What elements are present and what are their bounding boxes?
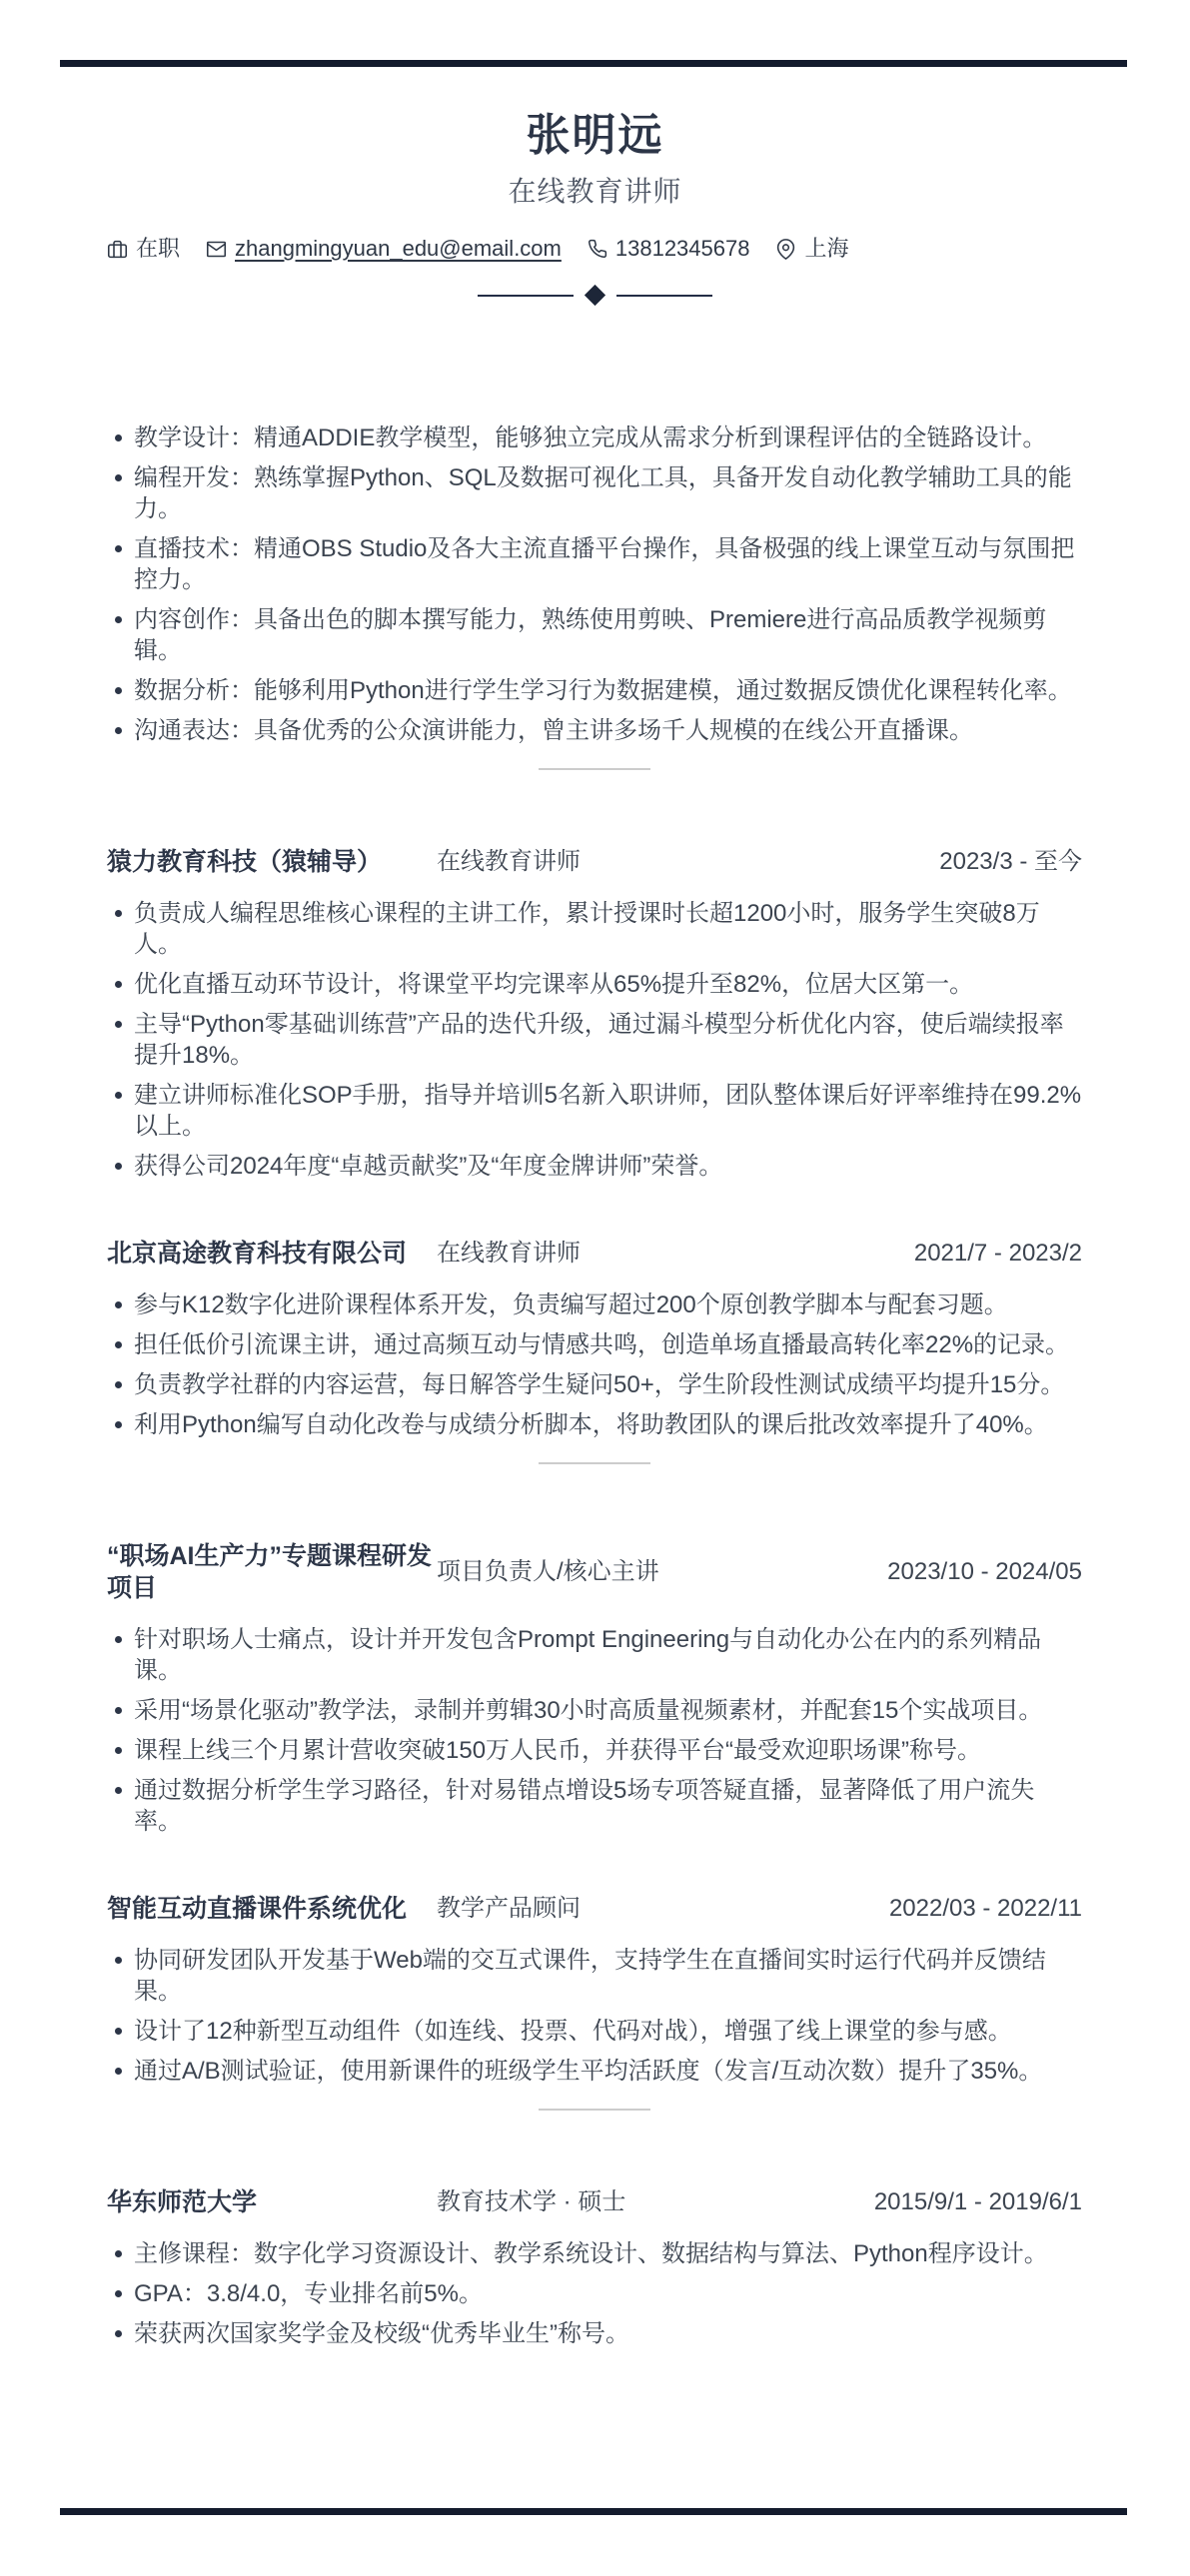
school-name: 华东师范大学 — [107, 2186, 437, 2218]
bullet-item: 负责教学社群的内容运营，每日解答学生疑问50+，学生阶段性测试成绩平均提升15分… — [107, 1369, 1082, 1400]
bullet-text: 建立讲师标准化SOP手册，指导并培训5名新入职讲师，团队整体课后好评率维持在99… — [134, 1080, 1082, 1142]
bullet-dot — [115, 727, 122, 734]
entry-role: 在线教育讲师 — [437, 846, 939, 878]
diamond-icon — [584, 285, 604, 306]
section-divider — [539, 1462, 650, 1464]
entry-bullets: 负责成人编程思维核心课程的主讲工作，累计授课时长超1200小时，服务学生突破8万… — [107, 898, 1082, 1182]
bullet-dot — [115, 616, 122, 623]
entry-period: 2015/9/1 - 2019/6/1 — [874, 2186, 1082, 2218]
project-name: 智能互动直播课件系统优化 — [107, 1893, 437, 1925]
bullet-text: 负责教学社群的内容运营，每日解答学生疑问50+，学生阶段性测试成绩平均提升15分… — [134, 1369, 1064, 1400]
bullet-dot — [115, 1163, 122, 1170]
section-divider — [539, 2109, 650, 2111]
bullet-item: 课程上线三个月累计营收突破150万人民币，并获得平台“最受欢迎职场课”称号。 — [107, 1735, 1082, 1766]
summary-text: 数据分析：能够利用Python进行学生学习行为数据建模，通过数据反馈优化课程转化… — [134, 675, 1072, 706]
bullet-text: 课程上线三个月累计营收突破150万人民币，并获得平台“最受欢迎职场课”称号。 — [134, 1735, 981, 1766]
entry-header: 华东师范大学 教育技术学 · 硕士 2015/9/1 - 2019/6/1 — [107, 2186, 1082, 2218]
bullet-item: 主导“Python零基础训练营”产品的迭代升级，通过漏斗模型分析优化内容，使后端… — [107, 1009, 1082, 1071]
bullet-item: 通过A/B测试验证，使用新课件的班级学生平均活跃度（发言/互动次数）提升了35%… — [107, 2056, 1082, 2087]
bullet-dot — [115, 1021, 122, 1028]
ornament-line-left — [478, 295, 574, 297]
bullet-item: 建立讲师标准化SOP手册，指导并培训5名新入职讲师，团队整体课后好评率维持在99… — [107, 1080, 1082, 1142]
entry-period: 2022/03 - 2022/11 — [889, 1893, 1082, 1925]
degree-label: 教育技术学 · 硕士 — [437, 2186, 874, 2218]
summary-item: 编程开发：熟练掌握Python、SQL及数据可视化工具，具备开发自动化教学辅助工… — [107, 462, 1082, 524]
bullet-dot — [115, 2330, 122, 2337]
bullet-text: 通过A/B测试验证，使用新课件的班级学生平均活跃度（发言/互动次数）提升了35%… — [134, 2056, 1042, 2087]
experience-entry: 猿力教育科技（猿辅导） 在线教育讲师 2023/3 - 至今 负责成人编程思维核… — [107, 846, 1082, 1182]
company-name: 猿力教育科技（猿辅导） — [107, 846, 437, 878]
company-name: 北京高途教育科技有限公司 — [107, 1238, 437, 1270]
bullet-dot — [115, 2068, 122, 2075]
entry-bullets: 协同研发团队开发基于Web端的交互式课件，支持学生在直播间实时运行代码并反馈结果… — [107, 1945, 1082, 2087]
bullet-text: 协同研发团队开发基于Web端的交互式课件，支持学生在直播间实时运行代码并反馈结果… — [134, 1945, 1082, 2007]
bullet-text: 设计了12种新型互动组件（如连线、投票、代码对战），增强了线上课堂的参与感。 — [134, 2016, 1012, 2047]
ornament-divider — [107, 288, 1082, 303]
bullet-dot — [115, 2028, 122, 2035]
bullet-dot — [115, 545, 122, 552]
phone-icon — [588, 239, 607, 259]
bullet-dot — [115, 1341, 122, 1348]
summary-item: 内容创作：具备出色的脚本撰写能力，熟练使用剪映、Premiere进行高品质教学视… — [107, 604, 1082, 666]
education-entry: 华东师范大学 教育技术学 · 硕士 2015/9/1 - 2019/6/1 主修… — [107, 2186, 1082, 2349]
bullet-dot — [115, 2250, 122, 2257]
bullet-text: 针对职场人士痛点，设计并开发包含Prompt Engineering与自动化办公… — [134, 1624, 1082, 1686]
summary-text: 直播技术：精通OBS Studio及各大主流直播平台操作，具备极强的线上课堂互动… — [134, 533, 1082, 595]
ornament-line-right — [616, 295, 712, 297]
bullet-text: GPA：3.8/4.0，专业排名前5%。 — [134, 2278, 483, 2309]
education-section: 华东师范大学 教育技术学 · 硕士 2015/9/1 - 2019/6/1 主修… — [107, 2186, 1082, 2349]
bullet-text: 利用Python编写自动化改卷与成绩分析脚本，将助教团队的课后批改效率提升了40… — [134, 1409, 1048, 1440]
bullet-dot — [115, 981, 122, 988]
bullet-item: 荣获两次国家奖学金及校级“优秀毕业生”称号。 — [107, 2318, 1082, 2349]
summary-item: 教学设计：精通ADDIE教学模型，能够独立完成从需求分析到课程评估的全链路设计。 — [107, 423, 1082, 453]
location-pin-icon — [775, 239, 796, 260]
summary-text: 教学设计：精通ADDIE教学模型，能够独立完成从需求分析到课程评估的全链路设计。 — [134, 423, 1046, 453]
entry-header: 智能互动直播课件系统优化 教学产品顾问 2022/03 - 2022/11 — [107, 1893, 1082, 1925]
entry-bullets: 主修课程：数字化学习资源设计、教学系统设计、数据结构与算法、Python程序设计… — [107, 2238, 1082, 2349]
bullet-text: 担任低价引流课主讲，通过高频互动与情感共鸣，创造单场直播最高转化率22%的记录。 — [134, 1329, 1069, 1360]
bullet-dot — [115, 1747, 122, 1754]
bullet-dot — [115, 910, 122, 917]
entry-header: “职场AI生产力”专题课程研发项目 项目负责人/核心主讲 2023/10 - 2… — [107, 1540, 1082, 1604]
section-divider — [539, 768, 650, 770]
bullet-text: 负责成人编程思维核心课程的主讲工作，累计授课时长超1200小时，服务学生突破8万… — [134, 898, 1082, 960]
bullet-item: 设计了12种新型互动组件（如连线、投票、代码对战），增强了线上课堂的参与感。 — [107, 2016, 1082, 2047]
bottom-accent-bar — [60, 2508, 1127, 2515]
bullet-dot — [115, 1301, 122, 1308]
contact-location: 上海 — [775, 236, 848, 262]
bullet-text: 获得公司2024年度“卓越贡献奖”及“年度金牌讲师”荣誉。 — [134, 1151, 722, 1182]
bullet-text: 荣获两次国家奖学金及校级“优秀毕业生”称号。 — [134, 2318, 629, 2349]
summary-item: 直播技术：精通OBS Studio及各大主流直播平台操作，具备极强的线上课堂互动… — [107, 533, 1082, 595]
bullet-dot — [115, 1957, 122, 1964]
bullet-text: 通过数据分析学生学习路径，针对易错点增设5场专项答疑直播，显著降低了用户流失率。 — [134, 1775, 1082, 1837]
summary-text: 内容创作：具备出色的脚本撰写能力，熟练使用剪映、Premiere进行高品质教学视… — [134, 604, 1082, 666]
entry-role: 在线教育讲师 — [437, 1238, 914, 1270]
bullet-dot — [115, 1092, 122, 1099]
summary-text: 编程开发：熟练掌握Python、SQL及数据可视化工具，具备开发自动化教学辅助工… — [134, 462, 1082, 524]
bullet-item: GPA：3.8/4.0，专业排名前5%。 — [107, 2278, 1082, 2309]
resume-header: 张明远 在线教育讲师 — [0, 0, 1190, 208]
summary-item: 沟通表达：具备优秀的公众演讲能力，曾主讲多场千人规模的在线公开直播课。 — [107, 715, 1082, 746]
bullet-dot — [115, 474, 122, 481]
bullet-dot — [115, 2290, 122, 2297]
bullet-item: 协同研发团队开发基于Web端的交互式课件，支持学生在直播间实时运行代码并反馈结果… — [107, 1945, 1082, 2007]
bullet-item: 针对职场人士痛点，设计并开发包含Prompt Engineering与自动化办公… — [107, 1624, 1082, 1686]
project-entry: 智能互动直播课件系统优化 教学产品顾问 2022/03 - 2022/11 协同… — [107, 1893, 1082, 2087]
project-name: “职场AI生产力”专题课程研发项目 — [107, 1540, 437, 1604]
summary-text: 沟通表达：具备优秀的公众演讲能力，曾主讲多场千人规模的在线公开直播课。 — [134, 715, 973, 746]
bullet-item: 通过数据分析学生学习路径，针对易错点增设5场专项答疑直播，显著降低了用户流失率。 — [107, 1775, 1082, 1837]
bullet-text: 采用“场景化驱动”教学法，录制并剪辑30小时高质量视频素材，并配套15个实战项目… — [134, 1695, 1042, 1726]
summary-section: 教学设计：精通ADDIE教学模型，能够独立完成从需求分析到课程评估的全链路设计。… — [107, 423, 1082, 746]
bullet-text: 参与K12数字化进阶课程体系开发，负责编写超过200个原创教学脚本与配套习题。 — [134, 1289, 1008, 1320]
bullet-item: 主修课程：数字化学习资源设计、教学系统设计、数据结构与算法、Python程序设计… — [107, 2238, 1082, 2269]
phone-number: 13812345678 — [615, 236, 750, 262]
entry-period: 2023/10 - 2024/05 — [887, 1556, 1082, 1588]
entry-header: 北京高途教育科技有限公司 在线教育讲师 2021/7 - 2023/2 — [107, 1238, 1082, 1270]
bullet-dot — [115, 1636, 122, 1643]
contact-phone: 13812345678 — [588, 236, 750, 262]
bullet-dot — [115, 1707, 122, 1714]
entry-bullets: 参与K12数字化进阶课程体系开发，负责编写超过200个原创教学脚本与配套习题。 … — [107, 1289, 1082, 1440]
bullet-item: 负责成人编程思维核心课程的主讲工作，累计授课时长超1200小时，服务学生突破8万… — [107, 898, 1082, 960]
bullet-item: 采用“场景化驱动”教学法，录制并剪辑30小时高质量视频素材，并配套15个实战项目… — [107, 1695, 1082, 1726]
bullet-text: 主导“Python零基础训练营”产品的迭代升级，通过漏斗模型分析优化内容，使后端… — [134, 1009, 1082, 1071]
contact-bar: 在职 zhangmingyuan_edu@email.com 138123456… — [107, 236, 1082, 262]
bullet-item: 优化直播互动环节设计，将课堂平均完课率从65%提升至82%，位居大区第一。 — [107, 969, 1082, 1000]
employment-status: 在职 — [107, 236, 180, 262]
entry-header: 猿力教育科技（猿辅导） 在线教育讲师 2023/3 - 至今 — [107, 846, 1082, 878]
entry-period: 2023/3 - 至今 — [939, 846, 1082, 878]
bullet-item: 担任低价引流课主讲，通过高频互动与情感共鸣，创造单场直播最高转化率22%的记录。 — [107, 1329, 1082, 1360]
resume-body: 在职 zhangmingyuan_edu@email.com 138123456… — [0, 236, 1190, 2349]
bullet-item: 获得公司2024年度“卓越贡献奖”及“年度金牌讲师”荣誉。 — [107, 1151, 1082, 1182]
top-accent-bar — [60, 60, 1127, 67]
projects-section: “职场AI生产力”专题课程研发项目 项目负责人/核心主讲 2023/10 - 2… — [107, 1540, 1082, 2087]
page-title: 张明远 — [0, 110, 1190, 162]
employment-status-label: 在职 — [136, 236, 180, 262]
bullet-dot — [115, 687, 122, 694]
entry-role: 项目负责人/核心主讲 — [437, 1556, 887, 1588]
email-link[interactable]: zhangmingyuan_edu@email.com — [235, 236, 562, 262]
briefcase-icon — [107, 239, 128, 260]
summary-item: 数据分析：能够利用Python进行学生学习行为数据建模，通过数据反馈优化课程转化… — [107, 675, 1082, 706]
bullet-item: 参与K12数字化进阶课程体系开发，负责编写超过200个原创教学脚本与配套习题。 — [107, 1289, 1082, 1320]
bullet-text: 优化直播互动环节设计，将课堂平均完课率从65%提升至82%，位居大区第一。 — [134, 969, 973, 1000]
entry-role: 教学产品顾问 — [437, 1893, 889, 1925]
bullet-dot — [115, 1787, 122, 1794]
job-title: 在线教育讲师 — [0, 176, 1190, 208]
bullet-item: 利用Python编写自动化改卷与成绩分析脚本，将助教团队的课后批改效率提升了40… — [107, 1409, 1082, 1440]
project-entry: “职场AI生产力”专题课程研发项目 项目负责人/核心主讲 2023/10 - 2… — [107, 1540, 1082, 1837]
contact-email: zhangmingyuan_edu@email.com — [206, 236, 562, 262]
experience-section: 猿力教育科技（猿辅导） 在线教育讲师 2023/3 - 至今 负责成人编程思维核… — [107, 846, 1082, 1440]
bullet-dot — [115, 434, 122, 441]
location-label: 上海 — [804, 236, 848, 262]
bullet-text: 主修课程：数字化学习资源设计、教学系统设计、数据结构与算法、Python程序设计… — [134, 2238, 1048, 2269]
experience-entry: 北京高途教育科技有限公司 在线教育讲师 2021/7 - 2023/2 参与K1… — [107, 1238, 1082, 1440]
entry-period: 2021/7 - 2023/2 — [914, 1238, 1082, 1270]
bullet-dot — [115, 1381, 122, 1388]
entry-bullets: 针对职场人士痛点，设计并开发包含Prompt Engineering与自动化办公… — [107, 1624, 1082, 1837]
mail-icon — [206, 239, 227, 260]
bullet-dot — [115, 1421, 122, 1428]
